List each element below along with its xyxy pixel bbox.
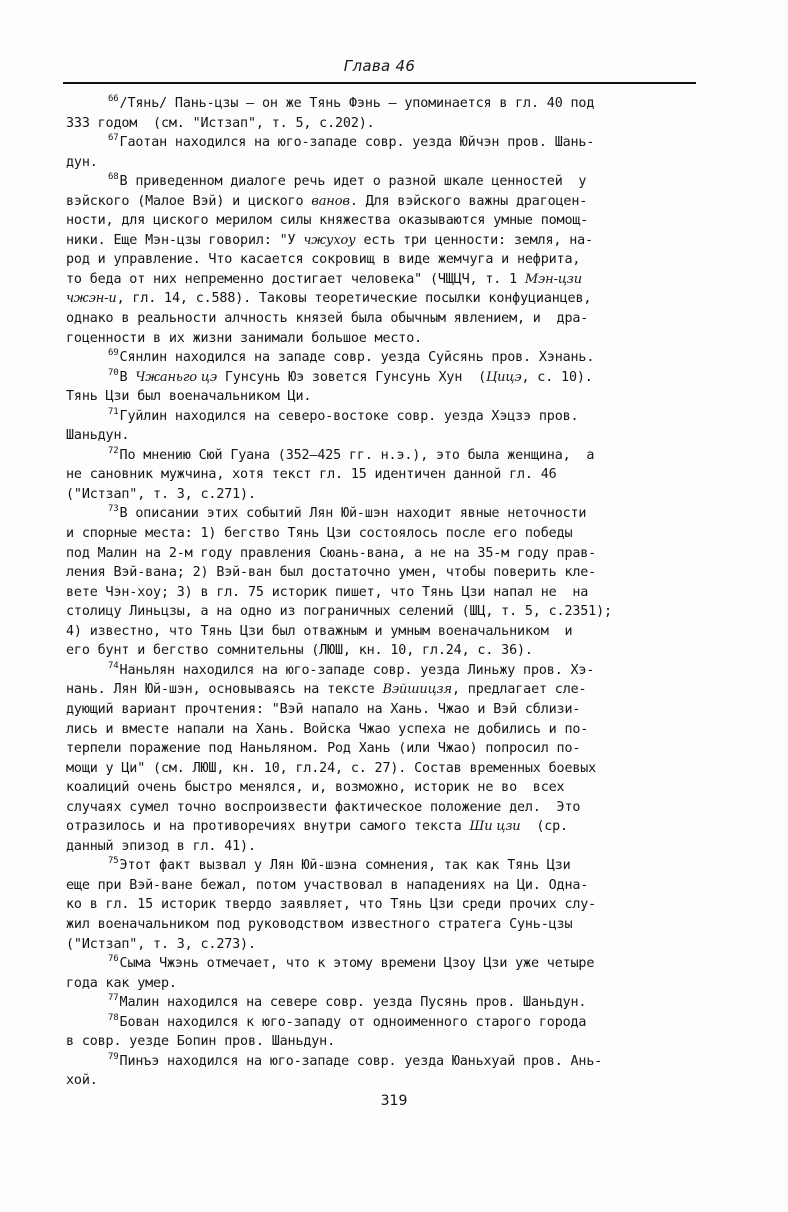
footnote-line: 4) известно, что Тянь Цзи был отважным и… [66,622,716,642]
footnote-text: не сановник мужчина, хотя текст гл. 15 и… [66,467,557,482]
footnote-text: коалиций очень быстро менялся, и, возмож… [66,780,564,795]
footnote-text: его бунт и бегство сомнительны (ЛЮШ, кн.… [66,643,533,658]
footnote-text: дун. [66,155,98,170]
footnote-66: 66/Тянь/ Пань-цзы — он же Тянь Фэнь — уп… [66,94,716,133]
footnote-line: 77Малин находился на севере совр. уезда … [66,993,716,1013]
footnote-text: лись и вместе напали на Хань. Войска Чжа… [66,722,588,737]
footnote-line: 333 годом (см. "Истзап", т. 5, с.202). [66,114,716,134]
footnote-number: 66 [108,94,119,104]
footnote-line: ("Истзап", т. 3, с.271). [66,485,716,505]
footnote-text: (ср. [521,819,568,834]
footnote-74: 74Наньлян находился на юго-западе совр. … [66,661,716,856]
footnote-number: 78 [108,1013,119,1023]
footnote-line: жил военачальником под руководством изве… [66,915,716,935]
footnote-text: жил военачальником под руководством изве… [66,917,572,932]
footnote-line: мощи у Ци" (см. ЛЮШ, кн. 10, гл.24, с. 2… [66,759,716,779]
footnote-line: под Малин на 2-м году правления Сюань-ва… [66,544,716,564]
footnote-69: 69Сянлин находился на западе совр. уезда… [66,348,716,368]
footnote-line: отразилось и на противоречиях внутри сам… [66,817,716,837]
footnote-number: 70 [108,368,119,378]
footnote-76: 76Сыма Чжэнь отмечает, что к этому време… [66,954,716,993]
footnote-text: мощи у Ци" (см. ЛЮШ, кн. 10, гл.24, с. 2… [66,761,596,776]
footnote-text: гоценности в их жизни занимали большое м… [66,331,422,346]
footnote-text: то беда от них непременно достигает чело… [66,272,525,287]
footnote-73: 73В описании этих событий Лян Юй-шэн нах… [66,504,716,660]
footnote-text: . Для вэйского важны драгоцен- [350,194,587,209]
footnote-text: , предлагает сле- [452,682,587,697]
footnote-text: в совр. уезде Бопин пров. Шаньдун. [66,1034,335,1049]
footnote-line: ления Вэй-вана; 2) Вэй-ван был достаточн… [66,563,716,583]
footnote-text: 4) известно, что Тянь Цзи был отважным и… [66,624,572,639]
footnote-text: ("Истзап", т. 3, с.273). [66,937,256,952]
footnote-number: 71 [108,407,119,417]
footnote-line: вэйского (Малое Вэй) и циского ванов. Дл… [66,192,716,212]
footnote-text: терпели поражение под Наньляном. Род Хан… [66,741,580,756]
footnote-79: 79Пинъэ находился на юго-западе совр. уе… [66,1052,716,1091]
footnote-text: есть три ценности: земля, на- [356,233,593,248]
footnote-text: нань. Лян Юй-шэн, основываясь на тексте [66,682,382,697]
footnote-text: род и управление. Что касается сокровищ … [66,252,580,267]
footnote-number: 73 [108,504,119,514]
footnote-line: ("Истзап", т. 3, с.273). [66,935,716,955]
footnote-text: В описании этих событий Лян Юй-шэн наход… [120,506,587,521]
footnote-text: 333 годом (см. "Истзап", т. 5, с.202). [66,116,375,131]
footnote-line: нань. Лян Юй-шэн, основываясь на тексте … [66,680,716,700]
header-rule [63,82,696,84]
footnote-line: 68В приведенном диалоге речь идет о разн… [66,172,716,192]
footnote-text: , с. 10). [521,370,592,385]
footnote-text: Тянь Цзи был военачальником Ци. [66,389,311,404]
footnote-line: хой. [66,1071,716,1091]
footnote-line: 66/Тянь/ Пань-цзы — он же Тянь Фэнь — уп… [66,94,716,114]
footnote-line: 67Гаотан находился на юго-западе совр. у… [66,133,716,153]
italic-term: ванов [311,194,350,209]
italic-term: чжэн-и [66,291,117,306]
footnote-line: дующий вариант прочтения: "Вэй напало на… [66,700,716,720]
footnote-77: 77Малин находился на севере совр. уезда … [66,993,716,1013]
footnote-text: еще при Вэй-ване бежал, потом участвовал… [66,878,588,893]
footnote-line: 76Сыма Чжэнь отмечает, что к этому време… [66,954,716,974]
footnote-67: 67Гаотан находился на юго-западе совр. у… [66,133,716,172]
footnote-text: дующий вариант прочтения: "Вэй напало на… [66,702,580,717]
footnote-text: вете Чэн-хоу; 3) в гл. 75 историк пишет,… [66,585,588,600]
book-page: Глава 46 66/Тянь/ Пань-цзы — он же Тянь … [0,0,788,1212]
footnote-line: ности, для циского мерилом силы княжеств… [66,211,716,231]
footnote-text: случаях сумел точно воспроизвести фактич… [66,800,580,815]
footnote-line: его бунт и бегство сомнительны (ЛЮШ, кн.… [66,641,716,661]
footnote-line: еще при Вэй-ване бежал, потом участвовал… [66,876,716,896]
footnote-68: 68В приведенном диалоге речь идет о разн… [66,172,716,348]
footnote-text: ления Вэй-вана; 2) Вэй-ван был достаточн… [66,565,596,580]
footnote-text: Сянлин находился на западе совр. уезда С… [120,350,595,365]
footnote-number: 75 [108,856,119,866]
footnote-text: Наньлян находился на юго-западе совр. уе… [120,663,595,678]
footnote-line: Тянь Цзи был военачальником Ци. [66,387,716,407]
footnote-number: 76 [108,954,119,964]
footnote-text: Пинъэ находился на юго-западе совр. уезд… [120,1054,603,1069]
footnote-line: дун. [66,153,716,173]
footnote-number: 74 [108,661,119,671]
running-head-chapter-title: Глава 46 [63,57,696,75]
footnote-line: 70В Чжаньго цэ Гунсунь Юэ зовется Гунсун… [66,368,716,388]
footnote-line: 69Сянлин находился на западе совр. уезда… [66,348,716,368]
footnote-text: Сыма Чжэнь отмечает, что к этому времени… [120,956,595,971]
footnote-text: однако в реальности алчность князей была… [66,311,588,326]
footnote-72: 72По мнению Сюй Гуана (352—425 гг. н.э.)… [66,446,716,505]
footnote-line: терпели поражение под Наньляном. Род Хан… [66,739,716,759]
footnote-line: ники. Еще Мэн-цзы говорил: "У чжухоу ест… [66,231,716,251]
footnote-text: Малин находился на севере совр. уезда Пу… [120,995,587,1010]
footnote-line: лись и вместе напали на Хань. Войска Чжа… [66,720,716,740]
footnote-line: 75Этот факт вызвал у Лян Юй-шэна сомнени… [66,856,716,876]
footnote-text: , гл. 14, с.588). Таковы теоретические п… [117,291,592,306]
footnote-line: года как умер. [66,974,716,994]
footnote-number: 68 [108,172,119,182]
footnote-text: Гуйлин находился на северо-востоке совр.… [120,409,579,424]
footnote-text: Бован находился к юго-западу от одноимен… [120,1015,587,1030]
footnote-line: 71Гуйлин находился на северо-востоке сов… [66,407,716,427]
footnote-70: 70В Чжаньго цэ Гунсунь Юэ зовется Гунсун… [66,368,716,407]
footnote-text: ники. Еще Мэн-цзы говорил: "У [66,233,303,248]
footnote-line: 74Наньлян находился на юго-западе совр. … [66,661,716,681]
italic-term: Цицэ [486,370,521,385]
italic-term: Мэн-цзи [525,272,582,287]
footnote-line: 78Бован находился к юго-западу от одноим… [66,1013,716,1033]
footnote-line: случаях сумел точно воспроизвести фактич… [66,798,716,818]
footnote-line: однако в реальности алчность князей была… [66,309,716,329]
footnote-text: отразилось и на противоречиях внутри сам… [66,819,470,834]
footnote-line: то беда от них непременно достигает чело… [66,270,716,290]
footnote-text: и спорные места: 1) бегство Тянь Цзи сос… [66,526,572,541]
footnote-text: В приведенном диалоге речь идет о разной… [120,174,587,189]
footnote-line: коалиций очень быстро менялся, и, возмож… [66,778,716,798]
footnote-text: /Тянь/ Пань-цзы — он же Тянь Фэнь — упом… [120,96,595,111]
footnote-line: данный эпизод в гл. 41). [66,837,716,857]
page-number: 319 [0,1093,788,1109]
footnote-line: 79Пинъэ находился на юго-западе совр. уе… [66,1052,716,1072]
footnote-text: ности, для циского мерилом силы княжеств… [66,213,588,228]
footnote-line: гоценности в их жизни занимали большое м… [66,329,716,349]
footnotes-body: 66/Тянь/ Пань-цзы — он же Тянь Фэнь — уп… [66,94,716,1091]
footnote-line: ко в гл. 15 историк твердо заявляет, что… [66,895,716,915]
footnote-text: ("Истзап", т. 3, с.271). [66,487,256,502]
footnote-number: 77 [108,993,119,1003]
footnote-text: По мнению Сюй Гуана (352—425 гг. н.э.), … [120,448,595,463]
footnote-text: В [120,370,136,385]
footnote-text: данный эпизод в гл. 41). [66,839,256,854]
footnote-text: Гаотан находился на юго-западе совр. уез… [120,135,595,150]
footnote-text: хой. [66,1073,98,1088]
footnote-text: Этот факт вызвал у Лян Юй-шэна сомнения,… [120,858,571,873]
footnote-number: 72 [108,446,119,456]
footnote-number: 79 [108,1052,119,1062]
footnote-text: ко в гл. 15 историк твердо заявляет, что… [66,897,596,912]
footnote-71: 71Гуйлин находился на северо-востоке сов… [66,407,716,446]
footnote-line: 73В описании этих событий Лян Юй-шэн нах… [66,504,716,524]
footnote-line: столицу Линьцзы, а на одно из пограничны… [66,602,716,622]
footnote-text: столицу Линьцзы, а на одно из пограничны… [66,604,612,619]
italic-term: Чжаньго цэ [135,370,217,385]
footnote-text: Шаньдун. [66,428,129,443]
footnote-78: 78Бован находился к юго-западу от одноим… [66,1013,716,1052]
footnote-75: 75Этот факт вызвал у Лян Юй-шэна сомнени… [66,856,716,954]
footnote-line: род и управление. Что касается сокровищ … [66,250,716,270]
footnote-number: 67 [108,133,119,143]
footnote-text: года как умер. [66,976,177,991]
footnote-text: вэйского (Малое Вэй) и циского [66,194,311,209]
footnote-line: Шаньдун. [66,426,716,446]
footnote-text: Гунсунь Юэ зовется Гунсунь Хун ( [217,370,486,385]
footnote-number: 69 [108,348,119,358]
footnote-line: 72По мнению Сюй Гуана (352—425 гг. н.э.)… [66,446,716,466]
footnote-line: вете Чэн-хоу; 3) в гл. 75 историк пишет,… [66,583,716,603]
footnote-line: в совр. уезде Бопин пров. Шаньдун. [66,1032,716,1052]
italic-term: Вэйшицзя [382,682,451,697]
footnote-line: не сановник мужчина, хотя текст гл. 15 и… [66,465,716,485]
footnote-line: чжэн-и, гл. 14, с.588). Таковы теоретиче… [66,289,716,309]
italic-term: Ши цзи [470,819,521,834]
italic-term: чжухоу [303,233,355,248]
footnote-line: и спорные места: 1) бегство Тянь Цзи сос… [66,524,716,544]
footnote-text: под Малин на 2-м году правления Сюань-ва… [66,546,596,561]
